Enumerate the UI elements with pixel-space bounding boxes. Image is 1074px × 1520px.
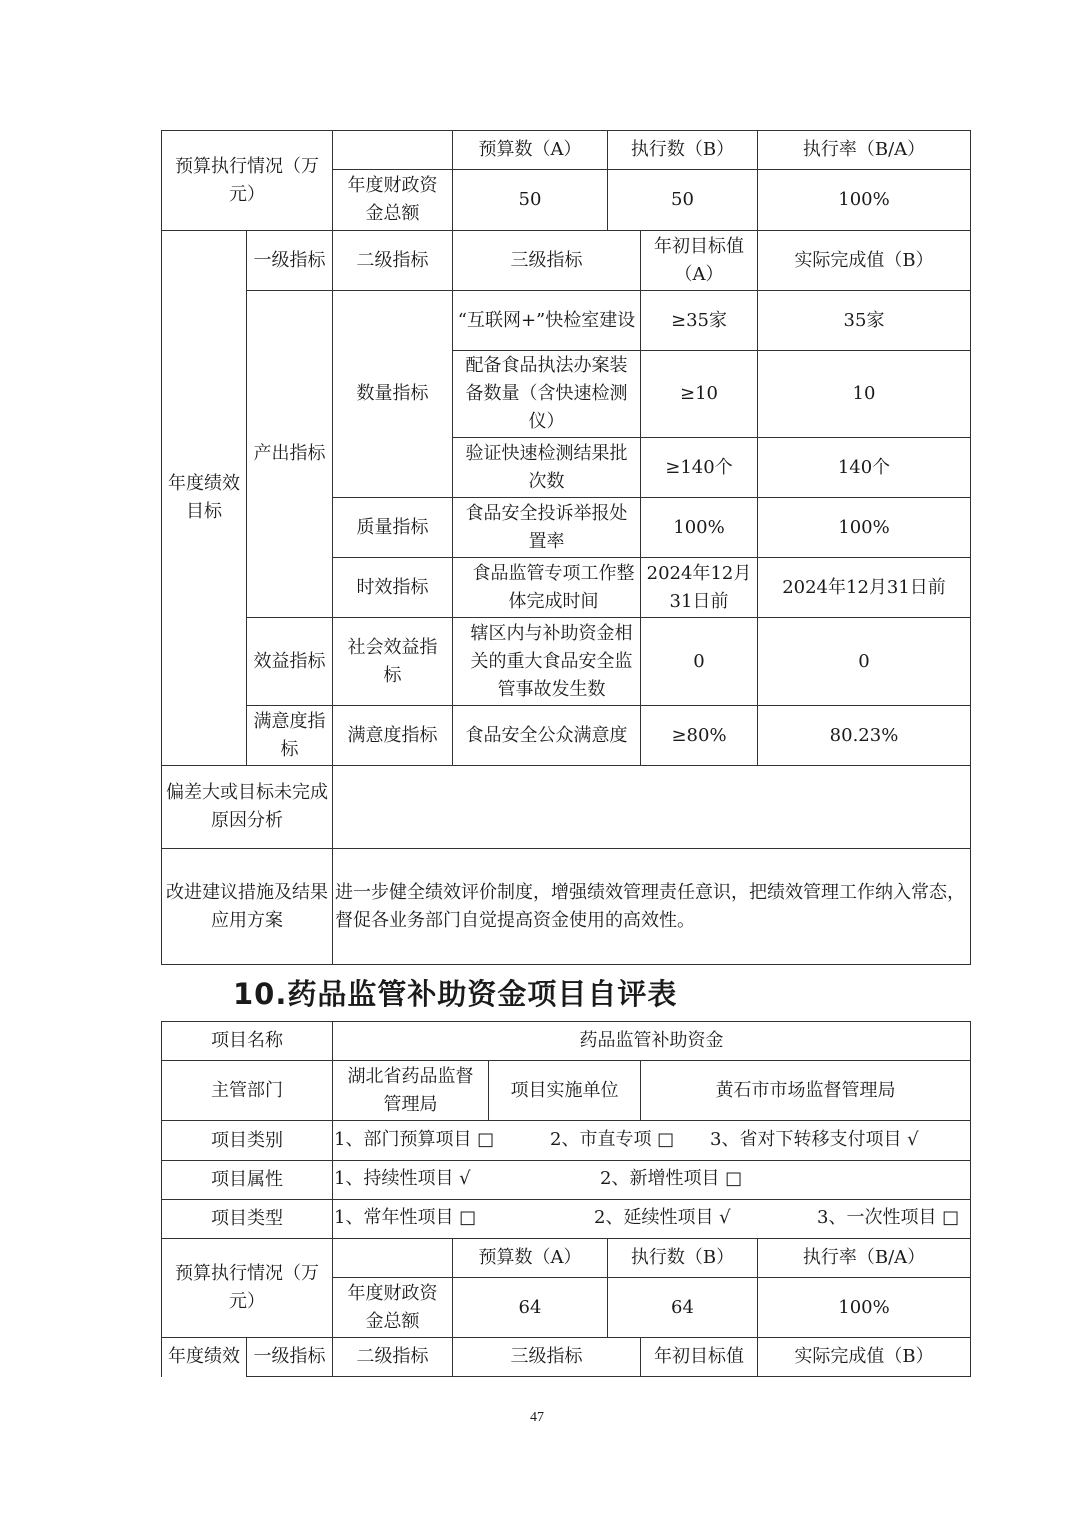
- level3-text: 食品安全投诉举报处置率: [453, 498, 640, 557]
- level3-text: 辖区内与补助资金相关的重大食品安全监管事故发生数: [453, 618, 640, 705]
- category-option-provincial-transfer[interactable]: 3、省对下转移支付项目 √: [710, 1126, 919, 1154]
- implementing-unit-label: 项目实施单位: [489, 1061, 640, 1120]
- budget-value-rate: 100%: [758, 1278, 970, 1337]
- budget-value-b: 64: [608, 1278, 757, 1337]
- budget-header-a: 预算数（A）: [453, 131, 607, 169]
- target-value: 0: [641, 618, 757, 705]
- actual-value: 0: [758, 618, 970, 705]
- level2-timeliness: 时效指标: [333, 558, 452, 617]
- project-name-value: 药品监管补助资金: [333, 1022, 970, 1060]
- budget-header-rate: 执行率（B/A）: [758, 131, 970, 169]
- budget-value-a: 64: [453, 1278, 607, 1337]
- budget-row-label: 年度财政资金总额: [333, 1278, 452, 1337]
- actual-value: 100%: [758, 498, 970, 557]
- header-level2: 二级指标: [333, 1338, 452, 1376]
- budget-row-label: 年度财政资金总额: [333, 170, 452, 230]
- level2-quality: 质量指标: [333, 498, 452, 557]
- page-number: 47: [0, 1410, 1074, 1426]
- header-level3: 三级指标: [453, 1338, 640, 1376]
- level1-output: 产出指标: [247, 291, 332, 617]
- header-actual: 实际完成值（B）: [758, 1338, 970, 1376]
- level3-text: 食品监管专项工作整体完成时间: [453, 558, 640, 617]
- category-option-department-budget[interactable]: 1、部门预算项目 □: [334, 1126, 494, 1154]
- level3-text: 验证快速检测结果批次数: [453, 438, 640, 497]
- deviation-label: 偏差大或目标未完成原因分析: [162, 766, 332, 848]
- header-target: 年初目标值（A）: [641, 231, 757, 290]
- level3-text: 食品安全公众满意度: [453, 706, 640, 765]
- implementing-unit-value: 黄石市市场监督管理局: [641, 1061, 970, 1120]
- actual-value: 140个: [758, 438, 970, 497]
- budget-header-rate: 执行率（B/A）: [758, 1239, 970, 1277]
- budget-header-b: 执行数（B）: [608, 1239, 757, 1277]
- department-value: 湖北省药品监督管理局: [333, 1061, 488, 1120]
- type-option-extended[interactable]: 2、延续性项目 √: [594, 1204, 731, 1232]
- level2-quantity: 数量指标: [333, 291, 452, 497]
- target-value: ≥10: [641, 351, 757, 437]
- header-level3: 三级指标: [453, 231, 640, 290]
- actual-value: 2024年12月31日前: [758, 558, 970, 617]
- level3-text: 配备食品执法办案装备数量（含快速检测仪）: [453, 351, 640, 437]
- level2-social-benefit: 社会效益指标: [333, 618, 452, 705]
- header-level2: 二级指标: [333, 231, 452, 290]
- type-option-one-time[interactable]: 3、一次性项目 □: [817, 1204, 959, 1232]
- level1-benefit: 效益指标: [247, 618, 332, 705]
- budget-value-b: 50: [608, 170, 757, 230]
- actual-value: 10: [758, 351, 970, 437]
- level3-text: “互联网+”快检室建设: [453, 291, 640, 350]
- category-label: 项目类别: [162, 1121, 332, 1160]
- header-level1: 一级指标: [247, 1338, 332, 1376]
- target-value: 100%: [641, 498, 757, 557]
- type-option-annual[interactable]: 1、常年性项目 □: [334, 1204, 476, 1232]
- performance-label: 年度绩效: [162, 1338, 246, 1376]
- department-label: 主管部门: [162, 1061, 332, 1120]
- budget-value-a: 50: [453, 170, 607, 230]
- improvement-label: 改进建议措施及结果应用方案: [162, 849, 332, 964]
- attribute-label: 项目属性: [162, 1161, 332, 1199]
- improvement-value: 进一步健全绩效评价制度，增强绩效管理责任意识，把绩效管理工作纳入常态，督促各业务…: [333, 849, 970, 964]
- attribute-option-continuing[interactable]: 1、持续性项目 √: [334, 1165, 471, 1193]
- budget-value-rate: 100%: [758, 170, 970, 230]
- header-level1: 一级指标: [247, 231, 332, 290]
- target-value: ≥140个: [641, 438, 757, 497]
- header-actual: 实际完成值（B）: [758, 231, 970, 290]
- category-option-city-special[interactable]: 2、市直专项 □: [550, 1126, 674, 1154]
- target-value: ≥80%: [641, 706, 757, 765]
- deviation-value: [333, 766, 970, 848]
- target-value: ≥35家: [641, 291, 757, 350]
- section-title: 10.药品监管补助资金项目自评表: [233, 972, 677, 1013]
- budget-header-b: 执行数（B）: [608, 131, 757, 169]
- budget-label: 预算执行情况（万元）: [162, 1239, 332, 1337]
- attribute-option-new[interactable]: 2、新增性项目 □: [600, 1165, 742, 1193]
- budget-header-a: 预算数（A）: [453, 1239, 607, 1277]
- target-value: 2024年12月31日前: [641, 558, 757, 617]
- project-name-label: 项目名称: [162, 1022, 332, 1060]
- header-target: 年初目标值: [641, 1338, 757, 1376]
- level2-satisfaction: 满意度指标: [333, 706, 452, 765]
- actual-value: 35家: [758, 291, 970, 350]
- level1-satisfaction: 满意度指标: [247, 706, 332, 765]
- actual-value: 80.23%: [758, 706, 970, 765]
- performance-label: 年度绩效目标: [162, 231, 246, 765]
- budget-label: 预算执行情况（万元）: [162, 131, 332, 230]
- type-label: 项目类型: [162, 1200, 332, 1238]
